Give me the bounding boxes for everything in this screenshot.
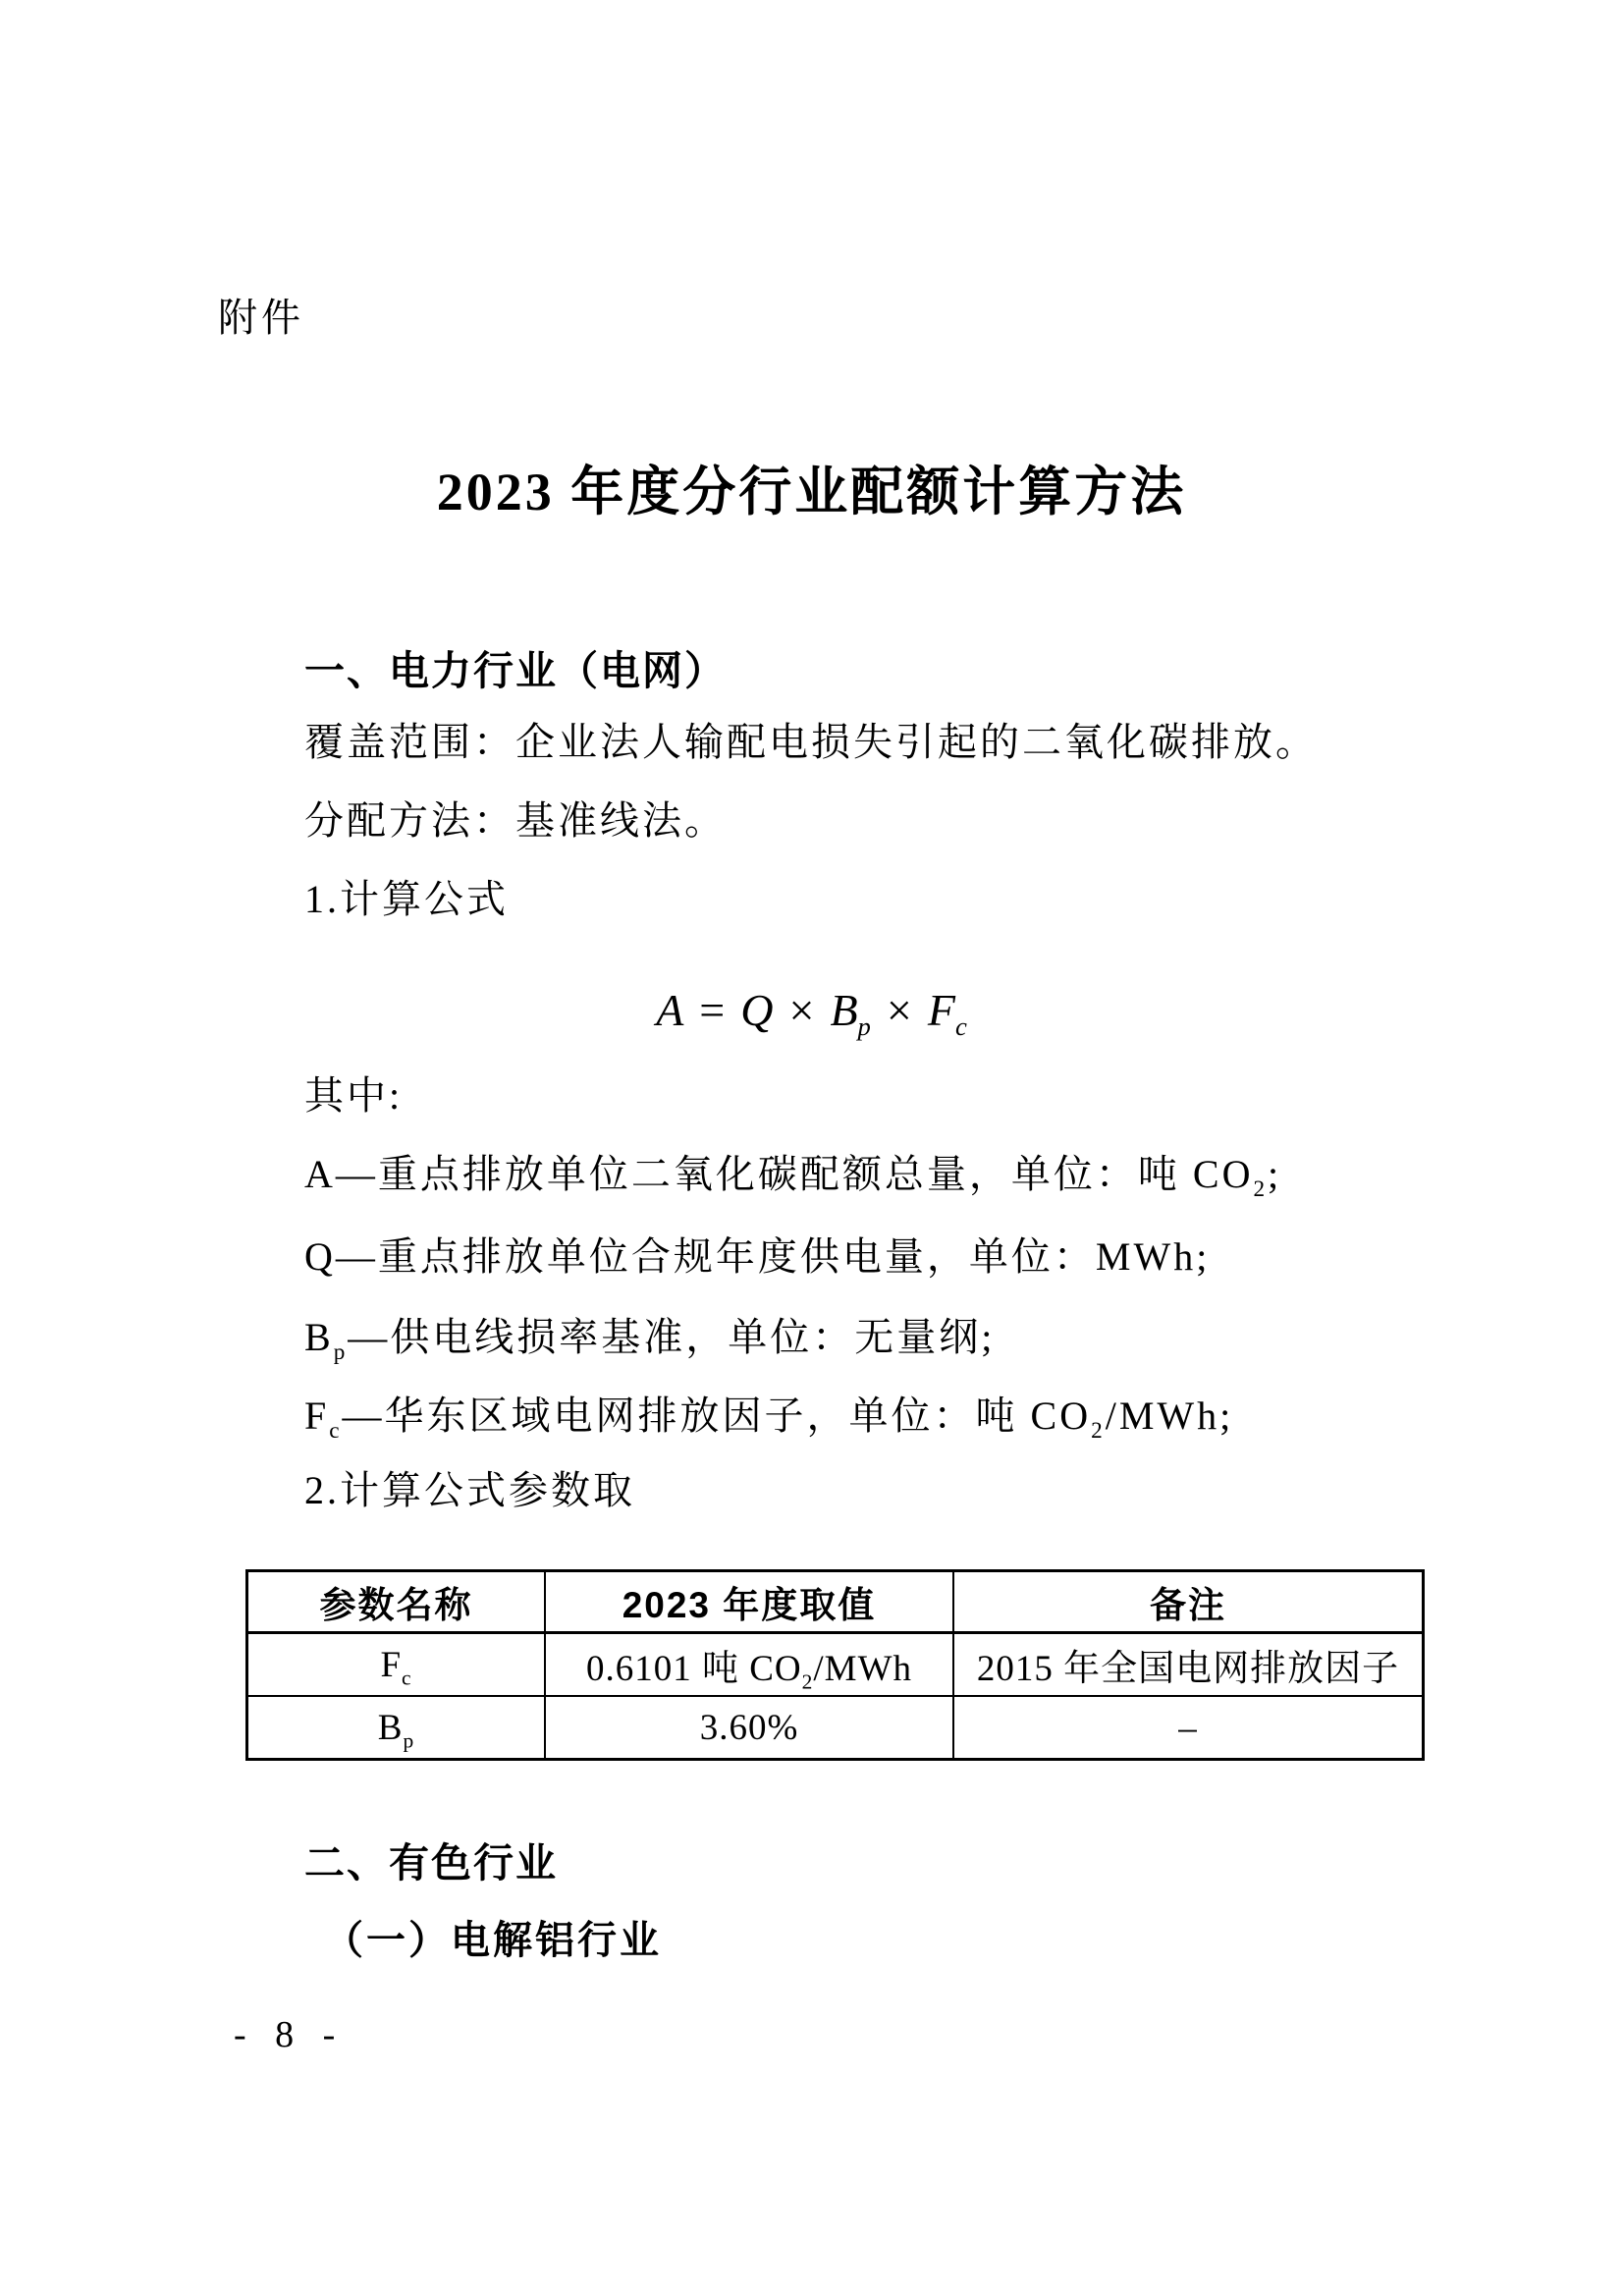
- note-cell: –: [953, 1696, 1424, 1760]
- table-row: Fc 0.6101 吨 CO2/MWh 2015 年全国电网排放因子: [247, 1633, 1424, 1697]
- section-heading-power: 一、电力行业（电网）: [304, 638, 727, 696]
- where-label: 其中:: [304, 1065, 403, 1121]
- page-number: - 8 -: [234, 2013, 345, 2056]
- formula-step-label: 1.计算公式: [304, 868, 509, 924]
- note-cell: 2015 年全国电网排放因子: [953, 1633, 1424, 1697]
- param-cell: Fc: [247, 1633, 546, 1697]
- section-heading-nonferrous: 二、有色行业: [304, 1831, 558, 1888]
- formula-times-2: ×: [887, 985, 912, 1035]
- formula-term-f: F: [928, 985, 955, 1035]
- formula-times-1: ×: [788, 985, 814, 1035]
- formula-term-b: B: [830, 985, 857, 1035]
- header-note: 备注: [953, 1571, 1424, 1633]
- definition-f: Fc—华东区域电网排放因子，单位：吨 CO2/MWh;: [304, 1385, 1233, 1441]
- formula-term-q: Q: [740, 985, 773, 1035]
- attachment-label: 附件: [218, 287, 304, 343]
- method-line: 分配方法：基准线法。: [304, 790, 727, 846]
- formula-term-a: A: [656, 985, 683, 1035]
- definition-q: Q—重点排放单位合规年度供电量，单位：MWh;: [304, 1226, 1210, 1282]
- definition-a: A—重点排放单位二氧化碳配额总量，单位：吨 CO2;: [304, 1143, 1281, 1199]
- allocation-formula: A=Q×Bp×Fc: [0, 984, 1623, 1036]
- table-header-row: 参数名称 2023 年度取值 备注: [247, 1571, 1424, 1633]
- value-cell: 3.60%: [545, 1696, 953, 1760]
- coverage-line: 覆盖范围：企业法人输配电损失引起的二氧化碳排放。: [304, 711, 1318, 767]
- formula-term-f-sub: c: [955, 1011, 967, 1041]
- formula-equals: =: [699, 985, 725, 1035]
- table-row: Bp 3.60% –: [247, 1696, 1424, 1760]
- parameters-table: 参数名称 2023 年度取值 备注 Fc 0.6101 吨 CO2/MWh 20…: [245, 1569, 1425, 1761]
- params-step-label: 2.计算公式参数取: [304, 1459, 635, 1515]
- value-cell: 0.6101 吨 CO2/MWh: [545, 1633, 953, 1697]
- param-cell: Bp: [247, 1696, 546, 1760]
- definition-b: Bp—供电线损率基准，单位：无量纲;: [304, 1306, 995, 1362]
- document-page: 附件 2023 年度分行业配额计算方法 一、电力行业（电网） 覆盖范围：企业法人…: [0, 0, 1623, 2296]
- subsection-heading-aluminum: （一）电解铝行业: [324, 1909, 662, 1965]
- header-value-2023: 2023 年度取值: [545, 1571, 953, 1633]
- formula-term-b-sub: p: [858, 1011, 871, 1041]
- document-title: 2023 年度分行业配额计算方法: [0, 450, 1623, 525]
- header-param-name: 参数名称: [247, 1571, 546, 1633]
